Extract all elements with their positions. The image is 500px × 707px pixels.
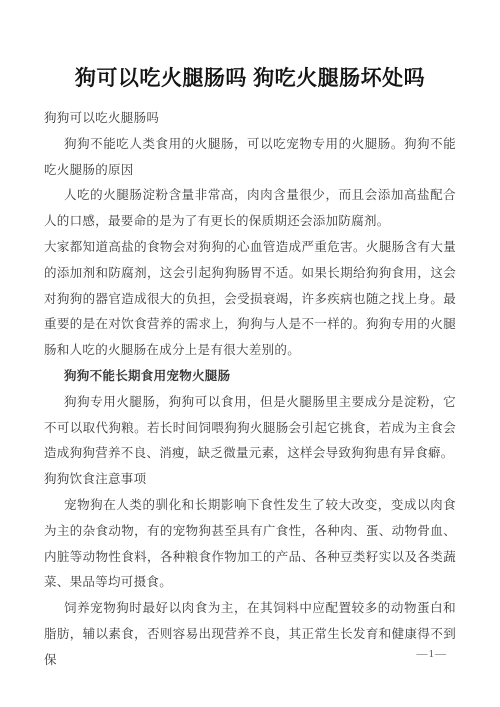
paragraph: 大家都知道高盐的食物会对狗狗的心血管造成严重危害。火腿肠含有大量的添加剂和防腐剂… [44,235,456,364]
page-number: —1— [417,648,448,660]
section-heading: 狗狗不能长期食用宠物火腿肠 [44,364,456,390]
document-title: 狗可以吃火腿肠吗 狗吃火腿肠坏处吗 [0,0,500,94]
document-page: 狗可以吃火腿肠吗 狗吃火腿肠坏处吗 狗狗可以吃火腿肠吗狗狗不能吃人类食用的火腿肠… [0,0,500,707]
document-body: 狗狗可以吃火腿肠吗狗狗不能吃人类食用的火腿肠，可以吃宠物专用的火腿肠。狗狗不能吃… [44,106,456,674]
section-heading: 狗狗饮食注意事项 [44,467,456,493]
paragraph: 狗狗专用火腿肠，狗狗可以食用，但是火腿肠里主要成分是淀粉，它不可以取代狗粮。若长… [44,390,456,467]
section-heading: 狗狗可以吃火腿肠吗 [44,106,456,132]
paragraph: 狗狗不能吃人类食用的火腿肠，可以吃宠物专用的火腿肠。狗狗不能吃火腿肠的原因 [44,132,456,184]
paragraph: 饲养宠物狗时最好以肉食为主，在其饲料中应配置较多的动物蛋白和脂肪，辅以素食，否则… [44,596,456,673]
paragraph: 人吃的火腿肠淀粉含量非常高，肉肉含量很少，而且会添加高盐配合人的口感，最要命的是… [44,183,456,235]
paragraph: 宠物狗在人类的驯化和长期影响下食性发生了较大改变，变成以肉食为主的杂食动物，有的… [44,493,456,596]
